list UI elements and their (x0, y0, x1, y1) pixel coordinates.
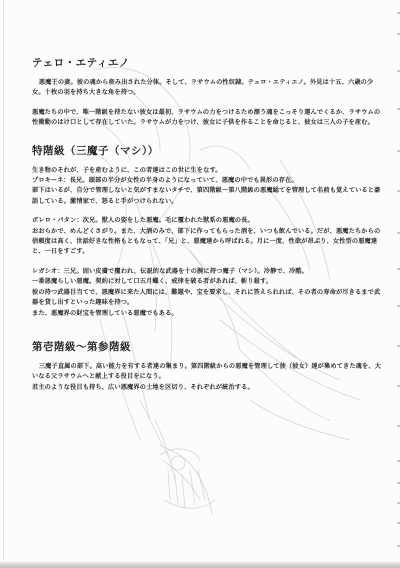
scanned-page: テェロ・エティエノ 悪魔王の妻。彼の魂から産み出された分体。そして、ラサウムの性… (0, 0, 400, 568)
paragraph: 一番悪魔らしい悪魔。契約に対して口五月蠅く、戒律を破る者があれば、斬り殺す。 (32, 277, 382, 287)
paragraph: 三魔子直属の部下。高い能力を有する者達の集まり。第四階級からの悪魔を管理して彼（… (32, 362, 382, 383)
paragraph: 部下はいるが、自分で管理しないと気がすまないタチで、第四階級～第八階級の悪魔総て… (32, 186, 382, 207)
paragraph: 悪魔王の妻。彼の魂から産み出された分体。そして、ラサウムの性奴隷。テェロ・エティ… (32, 78, 382, 99)
section-special-class: 特階級（三魔子（マシ）） 生き物のそれが、子を産むように、この者達はこの世に生を… (32, 143, 382, 319)
document-body: テェロ・エティエノ 悪魔王の妻。彼の魂から産み出された分体。そして、ラサウムの性… (32, 55, 382, 393)
section-heading: 第壱階級～第参階級 (32, 339, 382, 354)
paragraph: 悪魔たちの中で、唯一階級を持たない彼女は最初、ラサウムの力をつけるため漂う魂をこ… (32, 108, 382, 129)
paragraph: レガシオ：三兄。固い皮膚で覆われ、伝説的な武器を十の腕に持つ魔子（マシ）。冷静で… (32, 267, 382, 277)
paragraph: また、悪魔界の財宝を管理している悪魔でもある。 (32, 309, 382, 319)
paragraph: おおらかで、めんどくさがり。また、大酒のみで、部下に作ってもらった酒を、いつも飲… (32, 227, 382, 258)
section-heading: 特階級（三魔子（マシ）） (32, 143, 382, 158)
section-teero-etieno: テェロ・エティエノ 悪魔王の妻。彼の魂から産み出された分体。そして、ラサウムの性… (32, 55, 382, 129)
page-left-edge (3, 0, 4, 560)
section-first-to-third-class: 第壱階級～第参階級 三魔子直属の部下。高い能力を有する者達の集まり。第四階級から… (32, 339, 382, 393)
paragraph: プロキーネ：長兄。頭部の半分が女性の半身のようになっていて、悪魔の中でも異形の存… (32, 176, 382, 186)
paragraph: 君主のような役目も持ち、広い悪魔界の土地を区切り、それぞれが統治する。 (32, 383, 382, 393)
paragraph: 生き物のそれが、子を産むように、この者達はこの世に生をなす。 (32, 166, 382, 176)
section-heading: テェロ・エティエノ (32, 55, 382, 70)
page-bottom-edge (0, 562, 400, 568)
paragraph: 彼の持つ武器目当てで、悪魔界に来た人間には、難題や、宝を要求し、それに答えられれ… (32, 288, 382, 309)
binding-marks (396, 0, 400, 568)
paragraph: ボレロ・パタン：次兄。獣人の姿をした悪魔。毛に覆われた獣系の悪魔の長。 (32, 216, 382, 226)
